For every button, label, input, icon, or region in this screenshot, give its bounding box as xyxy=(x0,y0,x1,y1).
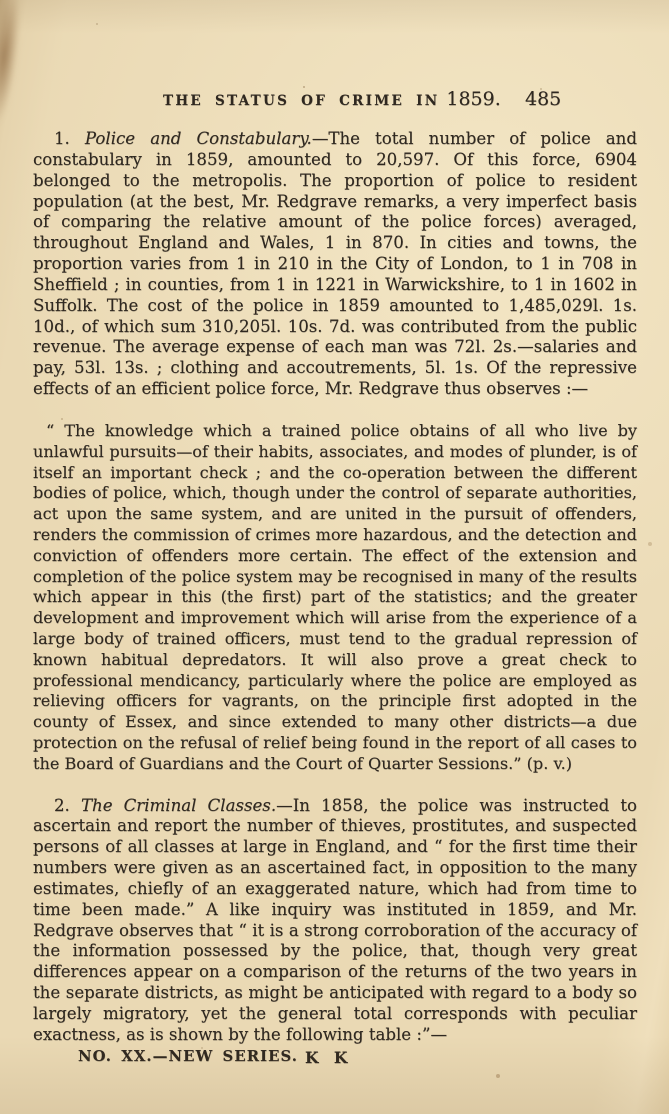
section-number: 2. xyxy=(54,796,70,815)
section-paragraph-criminal-classes: 2. The Criminal Classes.—In 1858, the po… xyxy=(33,796,637,1046)
section-title: Police and Constabulary. xyxy=(85,129,312,148)
running-title-group: THE STATUS OF CRIME IN 1859. xyxy=(163,88,501,110)
page-header: THE STATUS OF CRIME IN 1859. 485 xyxy=(33,84,636,110)
section-text: —In 1858, the police was instructed to a… xyxy=(33,796,637,1044)
page-footer: NO. XX.—NEW SERIES. K K xyxy=(33,1048,637,1072)
section-paragraph-police-constabulary: 1. Police and Constabulary.—The total nu… xyxy=(33,129,637,400)
running-title: THE STATUS OF CRIME IN xyxy=(163,93,439,109)
page-edge-smudge xyxy=(0,0,25,127)
book-page: THE STATUS OF CRIME IN 1859. 485 1. Poli… xyxy=(0,0,669,1114)
signature-mark: K K xyxy=(305,1048,352,1067)
quoted-passage-redgrave: “ The knowledge which a trained police o… xyxy=(33,421,637,775)
section-text: —The total number of police and constabu… xyxy=(33,129,637,398)
paper-specks xyxy=(0,0,2,2)
quote-text: “ The knowledge which a trained police o… xyxy=(33,421,637,773)
section-title: The Criminal Classes. xyxy=(81,796,276,815)
series-note: NO. XX.—NEW SERIES. xyxy=(78,1048,298,1065)
running-title-year: 1859. xyxy=(446,88,500,110)
text-block: 1. Police and Constabulary.—The total nu… xyxy=(33,129,637,1072)
section-number: 1. xyxy=(54,129,70,148)
page-number: 485 xyxy=(525,88,561,110)
